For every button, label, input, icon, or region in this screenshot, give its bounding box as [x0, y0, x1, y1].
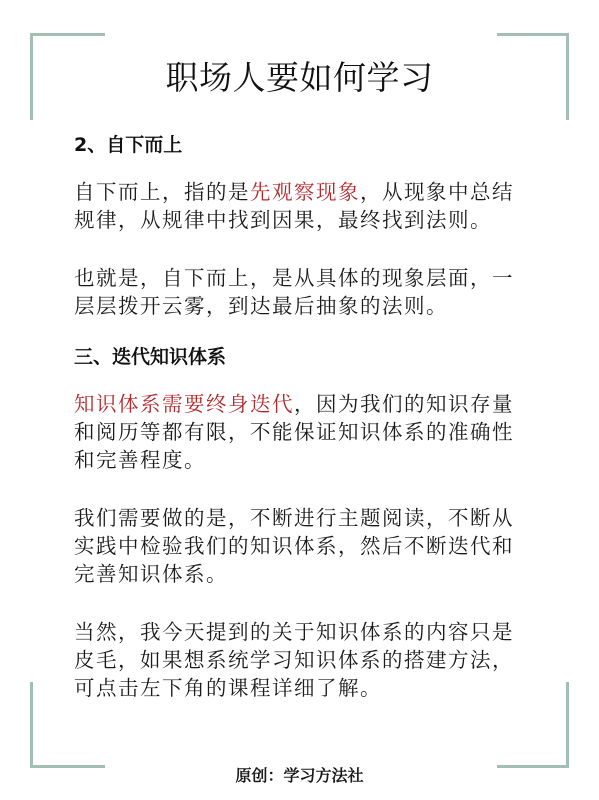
section-heading-bottom-up: 2、自下而上 [74, 130, 534, 160]
paragraph-what-to-do: 我们需要做的是，不断进行主题阅读，不断从实践中检验我们的知识体系，然后不断迭代和… [74, 504, 534, 588]
section-heading-iterate-knowledge: 三、迭代知识体系 [74, 342, 534, 372]
paragraph-bottom-up-definition: 自下而上，指的是先观察现象，从现象中总结规律，从规律中找到因果，最终找到法则。 [74, 178, 534, 234]
paragraph-course-promo: 当然，我今天提到的关于知识体系的内容只是皮毛，如果想系统学习知识体系的搭建方法，… [74, 618, 534, 702]
highlighted-text: 知识体系需要终身迭代 [74, 392, 294, 416]
article-body: 2、自下而上 自下而上，指的是先观察现象，从现象中总结规律，从规律中找到因果，最… [74, 130, 534, 702]
paragraph-text: 自下而上，指的是 [74, 180, 250, 204]
paragraph-lifelong-iteration: 知识体系需要终身迭代，因为我们的知识存量和阅历等都有限，不能保证知识体系的准确性… [74, 390, 534, 474]
page-title: 职场人要如何学习 [0, 56, 599, 100]
paragraph-bottom-up-summary: 也就是，自下而上，是从具体的现象层面，一层层拨开云雾，到达最后抽象的法则。 [74, 264, 534, 320]
highlighted-text: 先观察现象 [250, 180, 360, 204]
author-credit: 原创：学习方法社 [0, 764, 599, 788]
